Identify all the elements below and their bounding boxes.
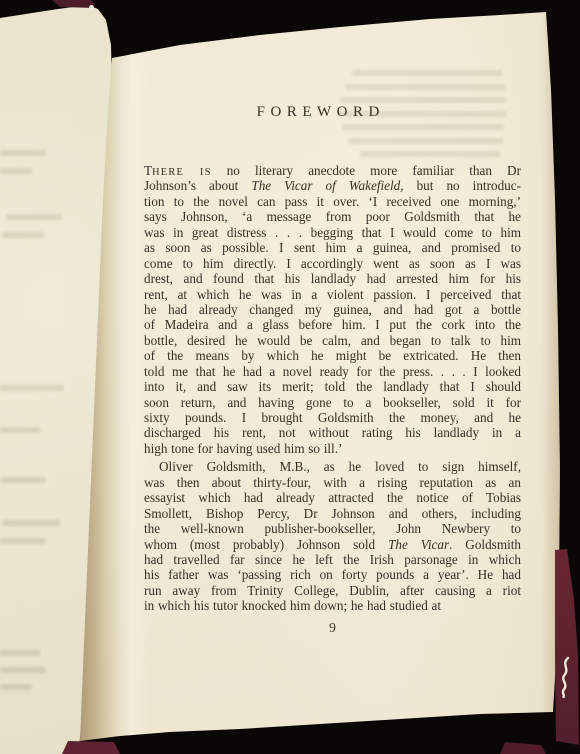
text-segment: in which his tutor knocked him down; he … (144, 598, 441, 613)
ghost-text-line (0, 667, 46, 673)
text-line: Oliver Goldsmith, M.B., as he loved to s… (144, 459, 521, 474)
paragraph: There is no literary anecdote more famil… (144, 163, 521, 456)
text-line: had travelled far since he left the Iris… (144, 552, 521, 567)
text-segment: come to him directly. I accordingly went… (144, 256, 521, 271)
ghost-text-line (0, 684, 32, 690)
text-segment: Smollett, Bishop Percy, Dr Johnson and o… (144, 506, 521, 521)
text-line: whom (most probably) Johnson sold The Vi… (144, 537, 521, 552)
ghost-text-line (352, 70, 502, 76)
text-segment: as soon as possible. I sent him a guinea… (144, 240, 521, 255)
text-segment: drest, and found that his landlady had a… (144, 271, 521, 286)
text-line: soon return, and having gone to a bookse… (144, 395, 521, 410)
text-segment: his father was ‘passing rich on forty po… (144, 567, 521, 582)
text-line: high tone for having used him so ill.’ (144, 441, 521, 456)
book-photo: FOREWORD There is no literary anecdote m… (0, 0, 580, 754)
text-line: come to him directly. I accordingly went… (144, 256, 521, 271)
text-segment: here is (152, 167, 212, 178)
text-segment: of Madeira and a glass before him. I put… (144, 317, 521, 332)
ghost-text-line (340, 97, 506, 103)
text-line: into it, and saw its merit; told the lan… (144, 379, 521, 394)
ghost-text-line (6, 214, 62, 220)
text-line: tion to the novel can pass it over. ‘I r… (144, 194, 521, 209)
text-segment: The Vicar (388, 537, 449, 552)
text-segment: . Goldsmith (449, 537, 521, 552)
text-segment: Oliver Goldsmith, M.B., as he loved to s… (159, 459, 521, 474)
text-line: the well-known publisher-bookseller, Joh… (144, 521, 521, 536)
text-line: as soon as possible. I sent him a guinea… (144, 240, 521, 255)
text-line: says Johnson, ‘a message from poor Golds… (144, 209, 521, 224)
text-segment: of the means by which he might be extric… (144, 348, 521, 363)
ghost-text-line (2, 232, 44, 238)
text-segment: no literary anecdote more familiar than … (212, 163, 521, 178)
text-segment: soon return, and having gone to a bookse… (144, 395, 521, 410)
text-segment: , but no introduc- (400, 178, 521, 193)
text-segment: says Johnson, ‘a message from poor Golds… (144, 209, 521, 224)
text-segment: was in great distress . . . begging that… (144, 225, 521, 240)
body-text: There is no literary anecdote more famil… (144, 163, 521, 614)
text-segment: bottle, desired he would be calm, and be… (144, 333, 521, 348)
text-line: run away from Trinity College, Dublin, a… (144, 583, 521, 598)
text-segment: told me that he had a novel ready for th… (144, 364, 521, 379)
text-line: of the means by which he might be extric… (144, 348, 521, 363)
ghost-text-line (0, 385, 64, 391)
text-line: essayist which had already attracted the… (144, 490, 521, 505)
page-number: 9 (144, 620, 521, 636)
paragraph: Oliver Goldsmith, M.B., as he loved to s… (144, 459, 521, 613)
text-segment: tion to the novel can pass it over. ‘I r… (144, 194, 521, 209)
text-segment: into it, and saw its merit; told the lan… (144, 379, 521, 394)
ghost-text-line (0, 168, 32, 174)
page-title: FOREWORD (144, 104, 492, 122)
ghost-text-line (0, 150, 46, 156)
text-line: discharged his rent, not without rating … (144, 425, 521, 440)
text-segment: sixty pounds. I brought Goldsmith the mo… (144, 410, 521, 425)
ghost-text-line (360, 151, 500, 157)
ghost-text-line (0, 427, 40, 433)
text-line: sixty pounds. I brought Goldsmith the mo… (144, 410, 521, 425)
text-line: drest, and found that his landlady had a… (144, 271, 521, 286)
text-segment: he had already changed my guinea, and ha… (144, 302, 521, 317)
text-segment: rent, at which he was in a violent passi… (144, 287, 521, 302)
text-line: bottle, desired he would be calm, and be… (144, 333, 521, 348)
text-line: was then about thirty-four, with a risin… (144, 475, 521, 490)
ghost-text-line (348, 138, 503, 144)
text-line: in which his tutor knocked him down; he … (144, 598, 521, 613)
ghost-text-line (0, 650, 40, 656)
text-line: Johnson’s about The Vicar of Wakefield, … (144, 178, 521, 193)
text-line: told me that he had a novel ready for th… (144, 364, 521, 379)
ghost-text-line (345, 84, 505, 90)
text-line: was in great distress . . . begging that… (144, 225, 521, 240)
text-segment: had travelled far since he left the Iris… (144, 552, 521, 567)
text-line: he had already changed my guinea, and ha… (144, 302, 521, 317)
ghost-text-line (342, 124, 504, 130)
text-line: Smollett, Bishop Percy, Dr Johnson and o… (144, 506, 521, 521)
text-segment: whom (most probably) Johnson sold (144, 537, 388, 552)
text-segment: Johnson’s about (144, 178, 251, 193)
text-line: of Madeira and a glass before him. I put… (144, 317, 521, 332)
white-speck (89, 5, 94, 10)
text-segment: was then about thirty-four, with a risin… (144, 475, 521, 490)
ghost-text-line (0, 477, 46, 483)
ghost-text-line (0, 538, 46, 544)
text-segment: discharged his rent, not without rating … (144, 425, 521, 440)
ghost-text-line (2, 520, 60, 526)
cover-ornament-icon (558, 656, 573, 703)
text-segment: the well-known publisher-bookseller, Joh… (144, 521, 521, 536)
text-segment: essayist which had already attracted the… (144, 490, 521, 505)
text-segment: The Vicar of Wakefield (251, 178, 400, 193)
text-line: There is no literary anecdote more famil… (144, 163, 521, 178)
text-segment: run away from Trinity College, Dublin, a… (144, 583, 521, 598)
text-line: rent, at which he was in a violent passi… (144, 287, 521, 302)
text-line: his father was ‘passing rich on forty po… (144, 567, 521, 582)
text-segment: T (144, 163, 152, 178)
text-segment: high tone for having used him so ill.’ (144, 441, 342, 456)
